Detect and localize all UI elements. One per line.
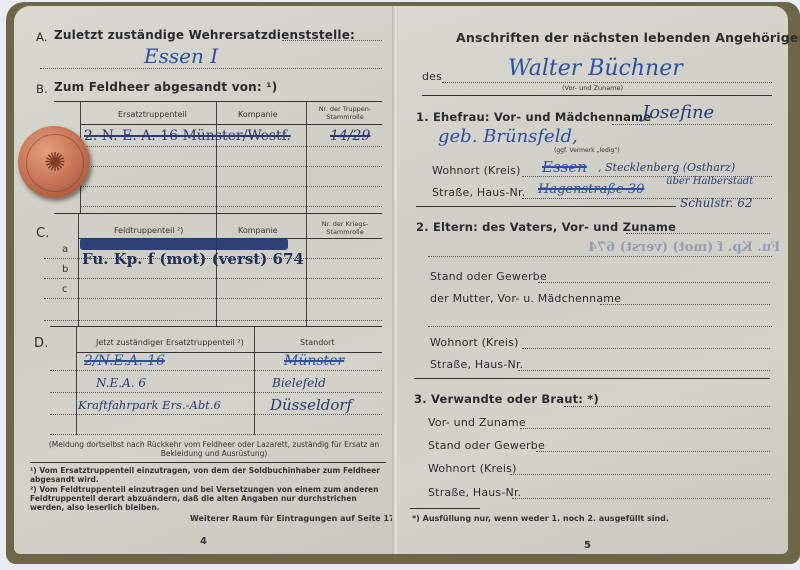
col-header-feldtruppenteil: Feldtruppenteil ²): [114, 226, 183, 235]
dotted-line: [80, 146, 382, 147]
col-header-ersatztruppenteil: Ersatztruppenteil: [118, 110, 187, 119]
coin-star-icon: ✺: [26, 134, 84, 192]
section-3-stand-label: Stand oder Gewerbe: [428, 439, 545, 452]
section-a-letter: A.: [36, 30, 48, 44]
redaction-stroke: [80, 238, 288, 250]
row-letter-c: c: [62, 284, 68, 295]
table-divider: [306, 214, 307, 326]
des-caption: (Vor- und Zuname): [562, 84, 623, 92]
section-3-strasse-label: Straße, Haus-Nr.: [428, 486, 521, 499]
dotted-line: [520, 428, 770, 429]
section-b-label: Zum Feldheer abgesandt von: ¹): [54, 80, 277, 94]
continuation-note: Weiterer Raum für Eintragungen auf Seite…: [190, 514, 398, 523]
dotted-line: [282, 40, 382, 41]
des-label: des: [422, 70, 442, 83]
dotted-line: [428, 326, 772, 327]
table-divider: [216, 102, 217, 214]
table-divider: [254, 327, 255, 435]
col-header-stammrolle: Nr. der Truppen-Stammrolle: [310, 105, 380, 121]
table-divider: [78, 214, 79, 326]
section-d-row-1-standort: Münster: [284, 353, 344, 369]
dotted-line: [50, 370, 382, 371]
section-3-label: 3. Verwandte oder Braut: *): [414, 392, 599, 406]
dotted-line: [564, 406, 770, 407]
dotted-line: [600, 304, 770, 305]
euro-cent-coin-icon: ✺: [18, 126, 90, 198]
section-1-strasse-value: Schulstr. 62: [680, 196, 753, 210]
section-2-label: 2. Eltern: des Vaters, Vor- und Zuname: [416, 220, 676, 234]
section-2-stand-label: Stand oder Gewerbe: [430, 270, 547, 283]
col-header-jetzt-ersatztruppenteil: Jetzt zuständiger Ersatztruppenteil ²): [96, 338, 244, 347]
dotted-line: [428, 256, 772, 257]
section-3-name-label: Vor- und Zuname: [428, 416, 526, 429]
dotted-line: [40, 68, 382, 69]
section-rule: [422, 95, 772, 96]
section-2-wohnort-label: Wohnort (Kreis): [430, 336, 519, 349]
dotted-line: [536, 451, 770, 452]
dotted-line: [538, 282, 770, 283]
section-d-note: (Meldung dortselbst nach Rückkehr vom Fe…: [44, 440, 384, 458]
dotted-line: [512, 498, 770, 499]
right-page-title: Anschriften der nächsten lebenden Angehö…: [456, 30, 800, 45]
section-rule: [416, 206, 676, 207]
table-rule: [80, 124, 382, 125]
dotted-line: [612, 124, 772, 125]
dotted-line: [80, 166, 382, 167]
section-2-mutter-label: der Mutter, Vor- u. Mädchenname: [430, 292, 621, 305]
dotted-line: [518, 370, 770, 371]
section-2-strasse-label: Straße, Haus-Nr.: [430, 358, 523, 371]
section-c-row-value: Fu. Kp. f (mot) (verst) 674: [82, 250, 304, 268]
dotted-line: [44, 298, 382, 299]
row-letter-b: b: [62, 264, 68, 275]
section-3-wohnort-label: Wohnort (Kreis): [428, 462, 517, 475]
section-d-row-3-unit: Kraftfahrpark Ers.-Abt.6: [78, 398, 221, 412]
table-divider: [306, 102, 307, 214]
page-number-right: 5: [584, 540, 591, 551]
section-b-letter: B.: [36, 82, 48, 96]
section-1-wohnort-struck: Essen: [542, 158, 587, 176]
col-header-kompanie: Kompanie: [238, 226, 278, 235]
col-header-kompanie: Kompanie: [238, 110, 278, 119]
dotted-line: [44, 320, 382, 321]
section-c-letter: C.: [36, 226, 50, 241]
section-1-name: Josefine: [642, 102, 714, 123]
table-rule: [50, 326, 382, 327]
faded-mirrored-stamp: Fu. Kp. f (mot) (verst) 674: [588, 240, 780, 255]
col-header-kriegsstammrolle: Nr. der Kriegs-Stammrolle: [310, 220, 380, 236]
right-page: Anschriften der nächsten lebenden Angehö…: [398, 6, 788, 554]
section-d-row-2-unit: N.E.A. 6: [96, 376, 146, 390]
row-letter-a: a: [62, 244, 68, 255]
section-1-strasse-label: Straße, Haus-Nr.: [432, 186, 525, 199]
section-rule: [414, 378, 770, 379]
section-1-strasse-struck: Hagenstraße 30: [538, 182, 644, 197]
section-1-caption: (ggf. Vermerk „ledig“): [554, 147, 620, 154]
section-d-row-1-unit: 2/N.E.A. 16: [84, 353, 165, 369]
section-d-letter: D.: [34, 336, 49, 351]
dotted-line: [50, 392, 382, 393]
section-1-wohnort-value: , Stecklenberg (Ostharz): [598, 161, 735, 174]
table-rule: [54, 213, 382, 214]
dotted-line: [626, 233, 770, 234]
des-value: Walter Büchner: [508, 56, 683, 81]
left-page: A. Zuletzt zuständige Wehrersatzdienstst…: [14, 6, 394, 554]
section-1-wohnort-label: Wohnort (Kreis): [432, 164, 521, 177]
dotted-line: [44, 278, 382, 279]
section-d-row-3-standort: Düsseldorf: [270, 396, 352, 414]
section-1-label: 1. Ehefrau: Vor- und Mädchenname: [416, 110, 651, 124]
page-number-left: 4: [200, 536, 207, 547]
footnote-rule: [30, 462, 386, 463]
section-1-maiden-name: geb. Brünsfeld,: [438, 126, 578, 147]
section-3-footnote: *) Ausfüllung nur, wenn weder 1. noch 2.…: [412, 514, 669, 523]
dotted-line: [442, 82, 772, 83]
dotted-line: [50, 434, 382, 435]
section-a-value: Essen I: [144, 44, 218, 68]
table-divider: [76, 327, 77, 435]
dotted-line: [44, 258, 382, 259]
table-divider: [216, 214, 217, 326]
dotted-line: [510, 474, 770, 475]
footnote-1: ¹) Vom Ersatztruppenteil einzutragen, vo…: [30, 466, 386, 484]
footnote-2: ²) Vom Feldtruppenteil einzutragen und b…: [30, 485, 386, 512]
dotted-line: [522, 348, 770, 349]
section-d-row-2-standort: Bielefeld: [272, 376, 326, 390]
section-b-row-nr: 14/29: [330, 128, 370, 144]
section-1-wohnort-value2: über Halberstadt: [666, 176, 753, 187]
dotted-line: [50, 414, 382, 415]
table-rule: [54, 101, 382, 102]
dotted-line: [80, 206, 382, 207]
dotted-line: [80, 186, 382, 187]
col-header-standort: Standort: [300, 338, 335, 347]
section-b-row-value: 2. N. E. A. 16 Münster/Westf.: [84, 128, 291, 144]
footnote-rule: [410, 508, 480, 509]
